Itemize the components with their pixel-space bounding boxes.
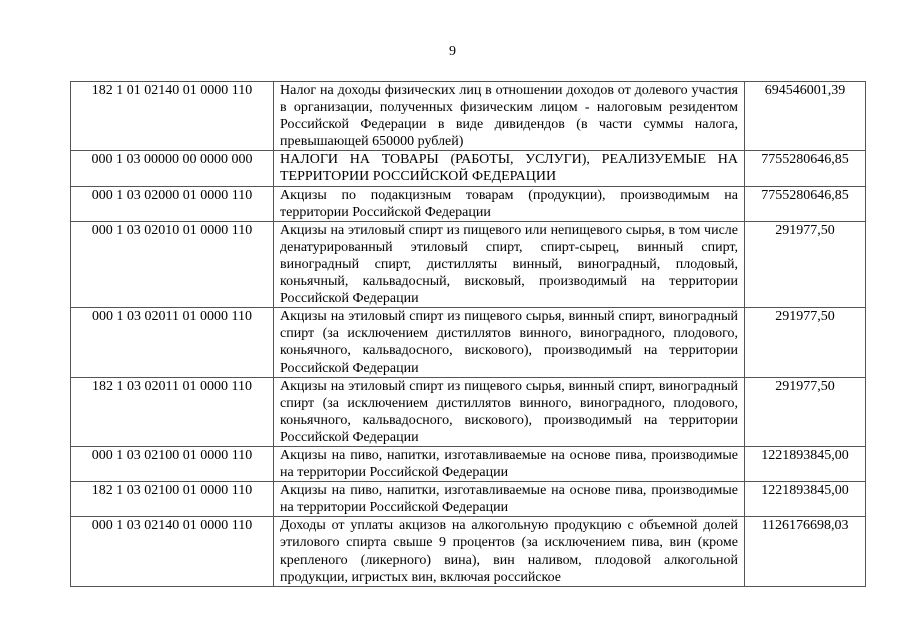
revenue-name-cell: Акцизы на пиво, напитки, изготавливаемые… <box>274 482 745 517</box>
table-row: 000 1 03 02000 01 0000 110 Акцизы по под… <box>71 186 866 221</box>
revenue-name-cell: Акцизы на пиво, напитки, изготавливаемые… <box>274 446 745 481</box>
amount-cell: 291977,50 <box>745 308 866 377</box>
amount-cell: 1221893845,00 <box>745 482 866 517</box>
table-row: 182 1 03 02100 01 0000 110 Акцизы на пив… <box>71 482 866 517</box>
budget-code-cell: 000 1 03 02140 01 0000 110 <box>71 517 274 586</box>
table-row: 000 1 03 02100 01 0000 110 Акцизы на пив… <box>71 446 866 481</box>
budget-code-cell: 000 1 03 02000 01 0000 110 <box>71 186 274 221</box>
budget-code-cell: 000 1 03 00000 00 0000 000 <box>71 151 274 186</box>
amount-cell: 694546001,39 <box>745 82 866 151</box>
amount-cell: 291977,50 <box>745 221 866 307</box>
table-row: 000 1 03 02140 01 0000 110 Доходы от упл… <box>71 517 866 586</box>
budget-code-cell: 182 1 03 02100 01 0000 110 <box>71 482 274 517</box>
revenue-name-cell: Акцизы на этиловый спирт из пищевого сыр… <box>274 308 745 377</box>
revenue-name-cell: Доходы от уплаты акцизов на алкогольную … <box>274 517 745 586</box>
page-number: 9 <box>0 44 905 60</box>
table-row: 000 1 03 00000 00 0000 000 НАЛОГИ НА ТОВ… <box>71 151 866 186</box>
revenue-name-cell: Акцизы по подакцизным товарам (продукции… <box>274 186 745 221</box>
budget-code-cell: 182 1 01 02140 01 0000 110 <box>71 82 274 151</box>
amount-cell: 7755280646,85 <box>745 151 866 186</box>
budget-code-cell: 000 1 03 02010 01 0000 110 <box>71 221 274 307</box>
amount-cell: 1221893845,00 <box>745 446 866 481</box>
revenue-name-cell: Акцизы на этиловый спирт из пищевого или… <box>274 221 745 307</box>
table-row: 000 1 03 02010 01 0000 110 Акцизы на эти… <box>71 221 866 307</box>
revenue-name-cell: НАЛОГИ НА ТОВАРЫ (РАБОТЫ, УСЛУГИ), РЕАЛИ… <box>274 151 745 186</box>
budget-code-cell: 000 1 03 02011 01 0000 110 <box>71 308 274 377</box>
budget-code-cell: 000 1 03 02100 01 0000 110 <box>71 446 274 481</box>
amount-cell: 1126176698,03 <box>745 517 866 586</box>
revenue-table: 182 1 01 02140 01 0000 110 Налог на дохо… <box>70 81 866 587</box>
amount-cell: 7755280646,85 <box>745 186 866 221</box>
revenue-name-cell: Акцизы на этиловый спирт из пищевого сыр… <box>274 377 745 446</box>
revenue-name-cell: Налог на доходы физических лиц в отношен… <box>274 82 745 151</box>
budget-code-cell: 182 1 03 02011 01 0000 110 <box>71 377 274 446</box>
table-row: 182 1 01 02140 01 0000 110 Налог на дохо… <box>71 82 866 151</box>
amount-cell: 291977,50 <box>745 377 866 446</box>
table-row: 182 1 03 02011 01 0000 110 Акцизы на эти… <box>71 377 866 446</box>
table-row: 000 1 03 02011 01 0000 110 Акцизы на эти… <box>71 308 866 377</box>
